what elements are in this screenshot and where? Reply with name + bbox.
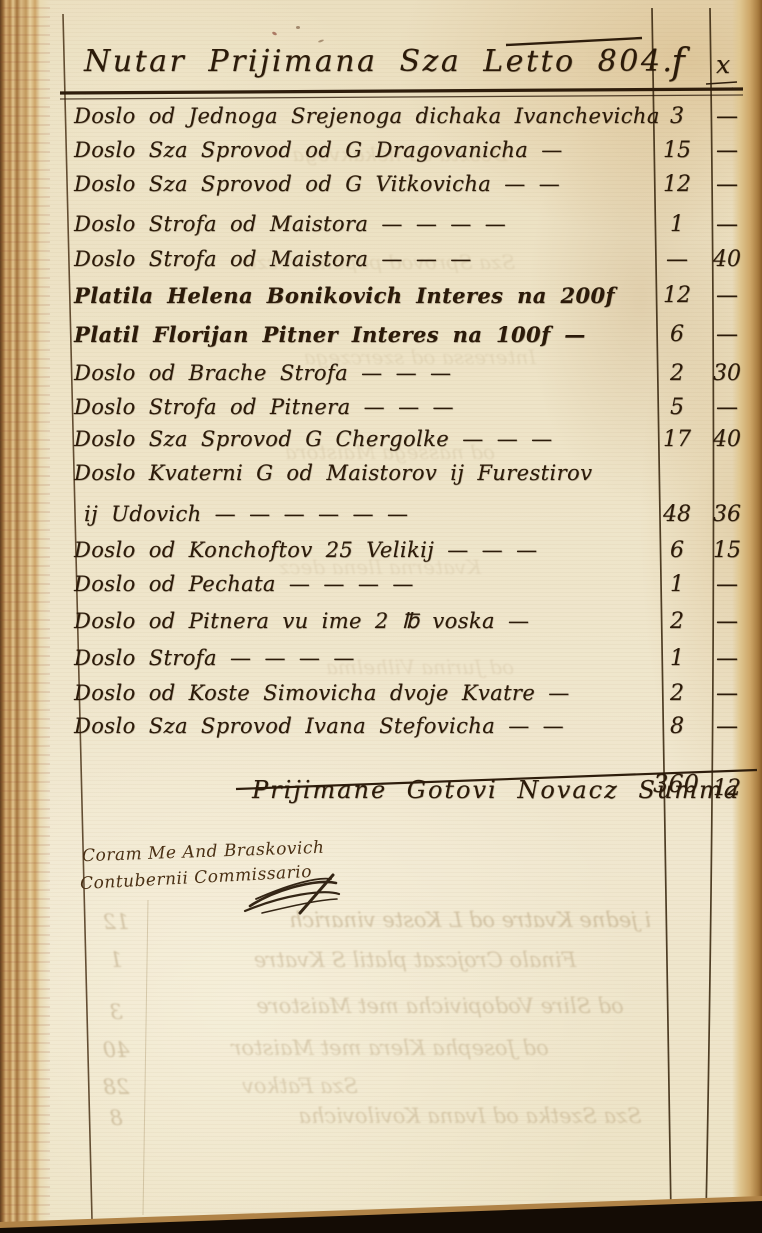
ledger-row-value-x: — — [706, 646, 748, 671]
ledger-row-value-x: — — [706, 572, 748, 597]
bleedthrough-number: 3 — [96, 1000, 136, 1024]
ledger-row-value-f: 3 — [648, 104, 706, 129]
ledger-row-value-x: — — [706, 104, 748, 129]
bleedthrough-number: 12 — [96, 910, 136, 934]
column-header-kreuzer: x — [706, 50, 740, 79]
ledger-row-desc: Doslo od Konchoftov 25 Velikij — — — — [74, 538, 538, 562]
bleedthrough-number: 1 — [96, 948, 136, 972]
ledger-row-value-f: 6 — [648, 322, 706, 347]
ledger-row-desc: Doslo Sza Sprovod Ivana Stefovicha — — — [74, 714, 564, 738]
ledger-row-value-x: — — [706, 395, 748, 420]
ledger-row-desc: Doslo Kvaterni G od Maistorov ij Furesti… — [74, 461, 592, 485]
ledger-row-value-f: — — [648, 247, 706, 272]
ledger-row-desc: Doslo od Brache Strofa — — — — [74, 361, 451, 385]
bleedthrough-text: Sza Fatkov — [0, 1074, 600, 1098]
ledger-row-desc: Doslo Strofa — — — — — [74, 646, 355, 670]
ledger-row-value-f: 12 — [648, 283, 706, 308]
ledger-row-value-f: 1 — [648, 572, 706, 597]
ledger-row-value-x: 40 — [706, 427, 748, 452]
ledger-row-value-x: 36 — [706, 502, 748, 527]
ledger-row-value-x: — — [706, 212, 748, 237]
ledger-row-value-x: — — [706, 609, 748, 634]
bleedthrough-number: 40 — [96, 1038, 136, 1062]
ledger-row-desc: Doslo Strofa od Maistora — — — — [74, 247, 472, 271]
column-header-florins: f — [650, 42, 706, 83]
ledger-row-value-f: 15 — [648, 138, 706, 163]
ledger-row-value-x: 30 — [706, 361, 748, 386]
ledger-row-value-f: 1 — [648, 646, 706, 671]
ledger-row-value-f: 2 — [648, 681, 706, 706]
ledger-row-desc: Platil Florijan Pitner Interes na 100f — — [74, 322, 586, 347]
ledger-row-desc-cont: ij Udovich — — — — — — — [84, 502, 408, 526]
ledger-row-value-f: 2 — [648, 361, 706, 386]
ledger-row-desc: Doslo od Pitnera vu ime 2 ℔ voska — — [74, 609, 529, 633]
ledger-row-value-x: 40 — [706, 247, 748, 272]
bleedthrough-text: Finalo Crojczat platil S Kvatre — [115, 948, 715, 972]
ledger-row-value-x: — — [706, 322, 748, 347]
ledger-row-desc: Doslo od Koste Simovicha dvoje Kvatre — — [74, 681, 570, 705]
ledger-row-desc: Doslo Strofa od Pitnera — — — — [74, 395, 454, 419]
page-title: Nutar Prijimana Sza Letto 804. — [84, 44, 674, 79]
ledger-row-desc: Doslo od Pechata — — — — — [74, 572, 414, 596]
ledger-row-desc: Doslo Strofa od Maistora — — — — — [74, 212, 506, 236]
ledger-row-value-f: 6 — [648, 538, 706, 563]
bleedthrough-number: 8 — [96, 1106, 136, 1130]
summary-value-f: 360 — [646, 770, 706, 798]
ledger-row-value-x: 15 — [706, 538, 748, 563]
ledger-row-value-f: 48 — [648, 502, 706, 527]
ledger-row-value-x: — — [706, 138, 748, 163]
ledger-row-value-f: 2 — [648, 609, 706, 634]
ledger-row-desc: Platila Helena Bonikovich Interes na 200… — [74, 283, 615, 308]
ledger-row-value-f: 5 — [648, 395, 706, 420]
ledger-row-value-x: — — [706, 283, 748, 308]
ledger-row-value-f: 8 — [648, 714, 706, 739]
ledger-row-desc: Doslo Sza Sprovod od G Dragovanicha — — [74, 138, 563, 162]
bleedthrough-text: od Josepha Klera met Maistor — [90, 1036, 690, 1060]
bleedthrough-text: Sza Szetka od Ivana Kovilovicha — [170, 1104, 762, 1128]
ledger-row-desc: Doslo od Jednoga Srejenoga dichaka Ivanc… — [74, 104, 660, 128]
bleedthrough-text: od Slire Vodopivicha met Maistore — [140, 994, 740, 1018]
ink-speck — [296, 26, 300, 29]
ledger-row-desc: Doslo Sza Sprovod od G Vitkovicha — — — [74, 172, 560, 196]
book-page-edges-left — [0, 0, 50, 1233]
bleedthrough-number: 28 — [96, 1075, 136, 1099]
ledger-row-value-f: 17 — [648, 427, 706, 452]
ledger-row-value-f: 12 — [648, 172, 706, 197]
ledger-row-value-f: 1 — [648, 212, 706, 237]
ledger-row-value-x: — — [706, 172, 748, 197]
manuscript-ledger-page: i jedne Kvatre od L Koste vinarichFinalo… — [0, 0, 762, 1233]
ledger-row-value-x: — — [706, 714, 748, 739]
summary-value-x: 12 — [706, 776, 748, 801]
ledger-row-value-x: — — [706, 681, 748, 706]
bleedthrough-text: i jedne Kvatre od L Koste vinarich — [170, 908, 762, 932]
ledger-row-desc: Doslo Sza Sprovod G Chergolke — — — — [74, 427, 553, 451]
